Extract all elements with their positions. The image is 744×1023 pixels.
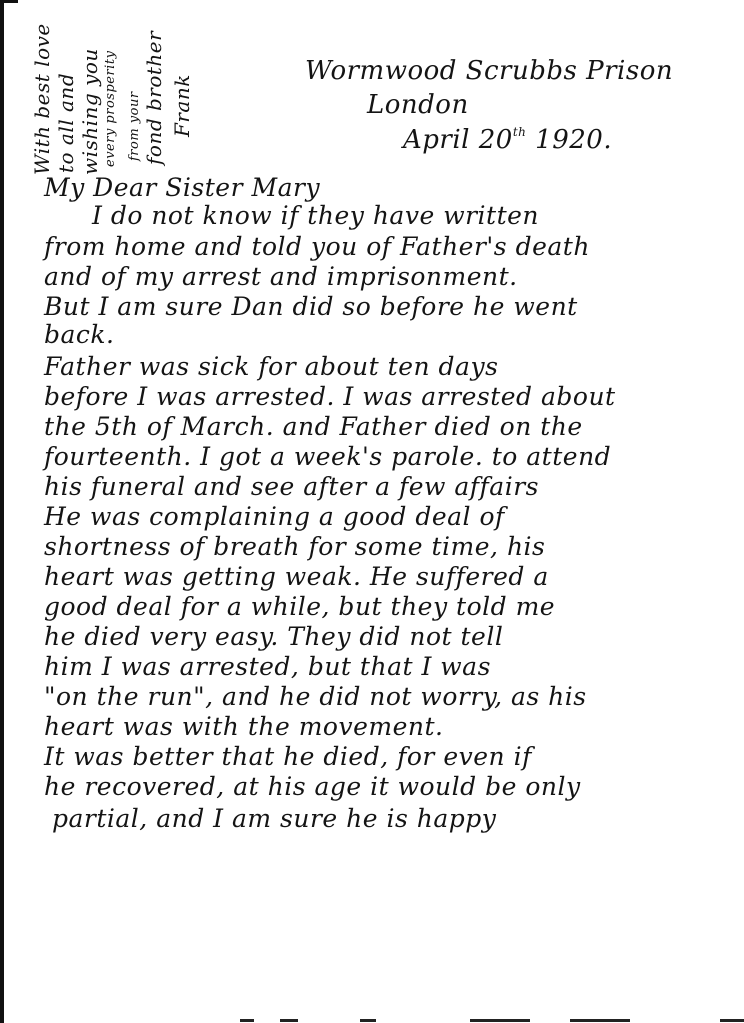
body-line: he died very easy. They did not tell xyxy=(44,624,503,649)
salutation: My Dear Sister Mary xyxy=(44,175,320,200)
body-line: fourteenth. I got a week's parole. to at… xyxy=(44,444,611,469)
body-line: from home and told you of Father's death xyxy=(44,234,590,259)
margin-note-signature: Frank xyxy=(172,74,192,137)
body-line: He was complaining a good deal of xyxy=(44,504,505,529)
margin-note-line: fond brother xyxy=(144,31,164,165)
scan-artifact xyxy=(470,1019,530,1022)
scan-artifact xyxy=(570,1019,630,1022)
header-location: Wormwood Scrubbs Prison xyxy=(305,58,673,84)
body-line: "on the run", and he did not worry, as h… xyxy=(44,684,587,709)
margin-note-line: wishing you xyxy=(80,48,100,175)
letter-page: With best love to all and wishing you ev… xyxy=(0,0,744,1023)
scan-top-corner xyxy=(0,0,18,3)
scan-artifact xyxy=(720,1019,744,1022)
body-line: heart was getting weak. He suffered a xyxy=(44,564,549,589)
header-date-main: April 20 xyxy=(403,125,513,155)
margin-note-line: every prosperity xyxy=(104,51,117,167)
body-line: It was better that he died, for even if xyxy=(44,744,532,769)
margin-note-line: to all and xyxy=(56,73,76,173)
body-line: back. xyxy=(44,322,115,347)
body-line: him I was arrested, but that I was xyxy=(44,654,491,679)
header-date-year: 1920. xyxy=(535,125,612,155)
margin-note-line: With best love xyxy=(32,23,52,175)
scan-left-border xyxy=(0,0,4,1023)
scan-artifact xyxy=(240,1019,254,1022)
body-line: the 5th of March. and Father died on the xyxy=(44,414,583,439)
body-line: and of my arrest and imprisonment. xyxy=(44,264,518,289)
header-date: April 20th 1920. xyxy=(403,126,612,153)
body-line: shortness of breath for some time, his xyxy=(44,534,545,559)
scan-artifact xyxy=(360,1019,376,1022)
body-line: good deal for a while, but they told me xyxy=(44,594,555,619)
body-line: he recovered, at his age it would be onl… xyxy=(44,774,581,799)
header-city: London xyxy=(367,92,469,118)
header-date-suffix: th xyxy=(513,125,527,139)
body-line: But I am sure Dan did so before he went xyxy=(44,294,578,319)
body-line: heart was with the movement. xyxy=(44,714,443,739)
body-line: I do not know if they have written xyxy=(92,203,539,228)
body-line: before I was arrested. I was arrested ab… xyxy=(44,384,616,409)
body-line: Father was sick for about ten days xyxy=(44,354,498,379)
body-line: partial, and I am sure he is happy xyxy=(52,806,496,831)
body-line: his funeral and see after a few affairs xyxy=(44,474,539,499)
margin-note-line: from your xyxy=(128,91,141,161)
scan-artifact xyxy=(280,1019,298,1022)
